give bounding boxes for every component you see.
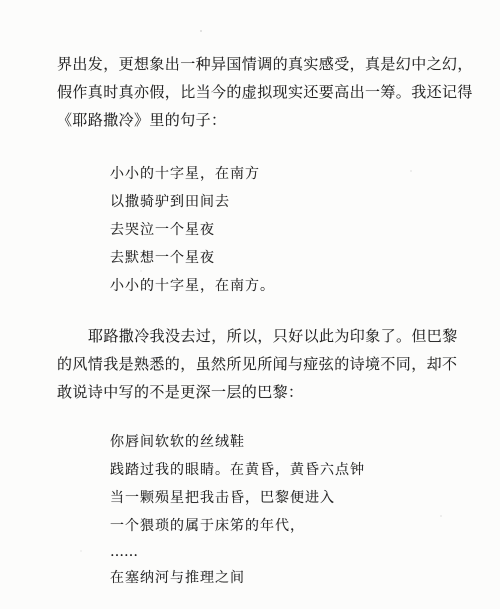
poem-ellipsis-line: …… (110, 540, 457, 564)
prose-line: 敢说诗中写的不是更深一层的巴黎： (57, 378, 457, 406)
prose-paragraph-2: 耶路撒冷我没去过，所以，只好以此为印象了。但巴黎 的风情我是熟悉的，虽然所见所闻… (57, 322, 457, 406)
poem-line: 去默想一个星夜 (110, 244, 457, 272)
poem-line: 一个猥琐的属于床笫的年代， (110, 512, 457, 540)
prose-line: 界出发，更想象出一种异国情调的真实感受，真是幻中之幻， (57, 50, 457, 78)
poem-line: 小小的十字星，在南方 (110, 160, 457, 188)
scanned-book-page: 界出发，更想象出一种异国情调的真实感受，真是幻中之幻， 假作真时真亦假，比当今的… (0, 0, 500, 609)
prose-line: 耶路撒冷我没去过，所以，只好以此为印象了。但巴黎 (57, 322, 457, 350)
poem-quote-paris: 你唇间软软的丝绒鞋 践踏过我的眼睛。在黄昏，黄昏六点钟 当一颗殒星把我击昏，巴黎… (110, 428, 457, 592)
prose-line: 的风情我是熟悉的，虽然所见所闻与痖弦的诗境不同，却不 (57, 350, 457, 378)
poem-line: 去哭泣一个星夜 (110, 216, 457, 244)
poem-line: 以撒骑驴到田间去 (110, 188, 457, 216)
poem-line: 当一颗殒星把我击昏，巴黎便进入 (110, 484, 457, 512)
poem-line: 小小的十字星，在南方。 (110, 272, 457, 300)
poem-line: 在塞纳河与推理之间 (110, 564, 457, 592)
prose-paragraph-1: 界出发，更想象出一种异国情调的真实感受，真是幻中之幻， 假作真时真亦假，比当今的… (57, 50, 457, 134)
poem-line: 你唇间软软的丝绒鞋 (110, 428, 457, 456)
prose-line: 《耶路撒冷》里的句子： (57, 106, 457, 134)
page-text-block: 界出发，更想象出一种异国情调的真实感受，真是幻中之幻， 假作真时真亦假，比当今的… (57, 50, 457, 592)
prose-line: 假作真时真亦假，比当今的虚拟现实还要高出一筹。我还记得 (57, 78, 457, 106)
poem-line: 践踏过我的眼睛。在黄昏，黄昏六点钟 (110, 456, 457, 484)
poem-quote-jerusalem: 小小的十字星，在南方 以撒骑驴到田间去 去哭泣一个星夜 去默想一个星夜 小小的十… (110, 160, 457, 300)
